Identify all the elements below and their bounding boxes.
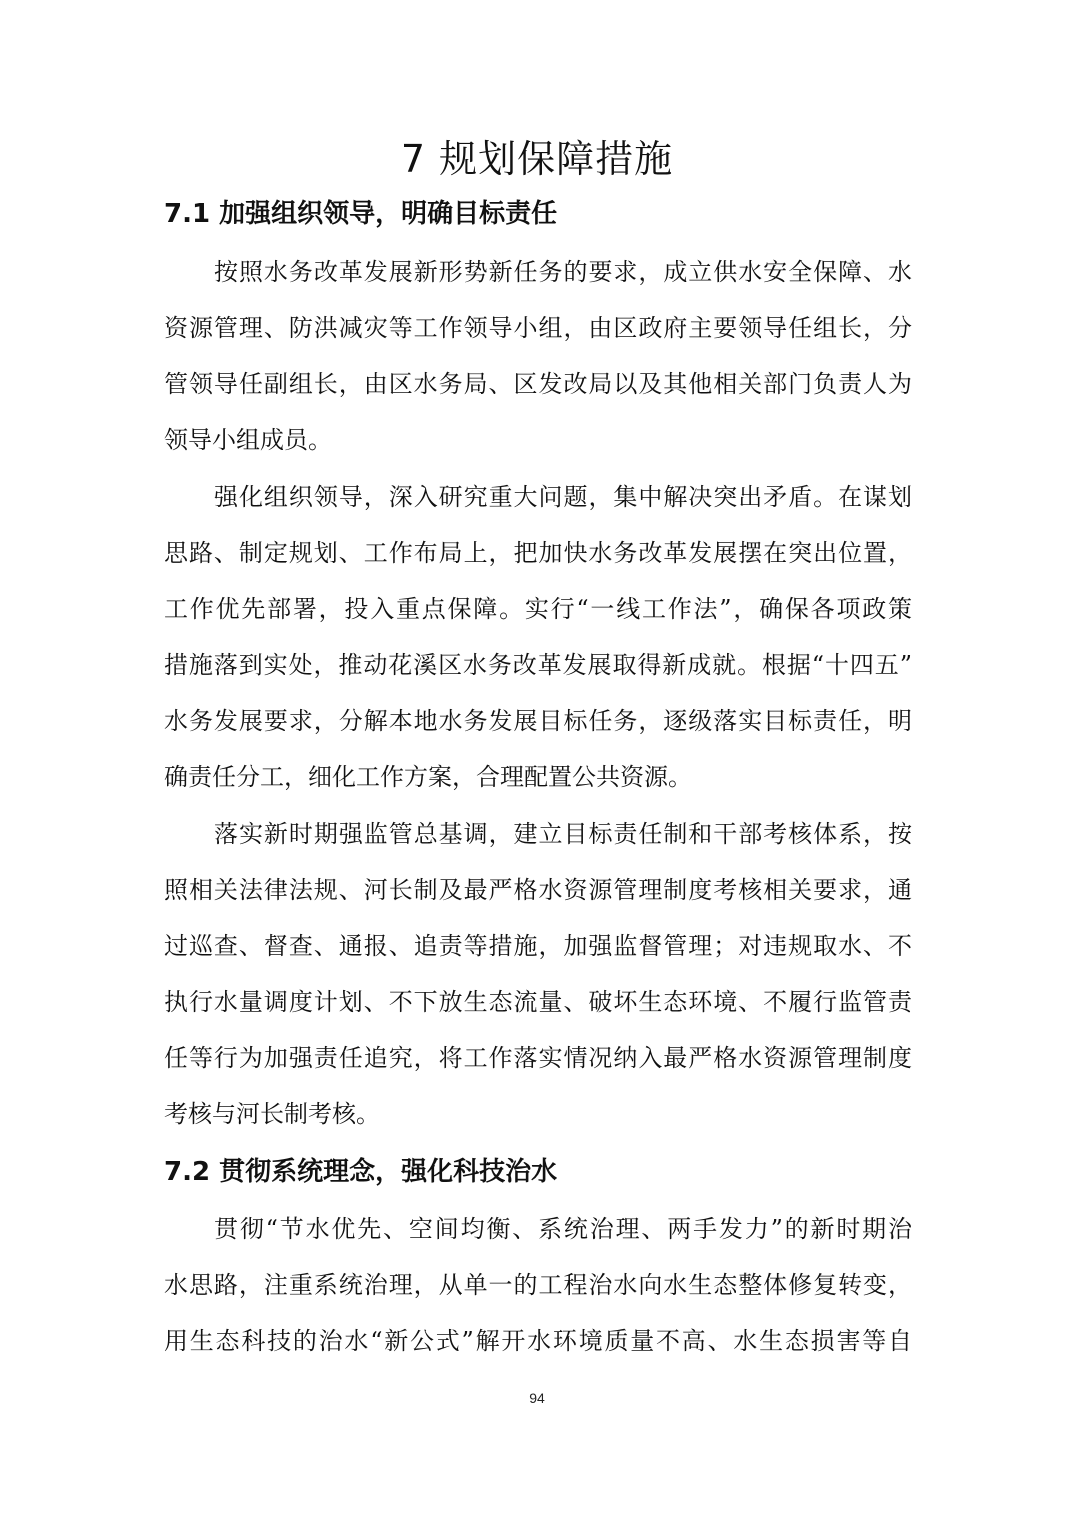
paragraph-line: 强化组织领导，深入研究重大问题，集中解决突出矛盾。在谋划 — [214, 481, 912, 513]
paragraph-line: 落实新时期强监管总基调，建立目标责任制和干部考核体系，按 — [214, 818, 912, 850]
section-title-7-1: 7.1 加强组织领导，明确目标责任 — [164, 196, 557, 232]
paragraph-line: 确责任分工，细化工作方案，合理配置公共资源。 — [164, 761, 912, 793]
paragraph-line: 思路、制定规划、工作布局上，把加快水务改革发展摆在突出位置， — [164, 537, 912, 569]
document-page: 7 规划保障措施 7.1 加强组织领导，明确目标责任 按照水务改革发展新形势新任… — [0, 0, 1074, 1520]
page-number: 94 — [0, 1390, 1074, 1406]
paragraph-line: 管领导任副组长，由区水务局、区发改局以及其他相关部门负责人为 — [164, 368, 912, 400]
paragraph-line: 照相关法律法规、河长制及最严格水资源管理制度考核相关要求，通 — [164, 874, 912, 906]
paragraph-line: 按照水务改革发展新形势新任务的要求，成立供水安全保障、水 — [214, 256, 912, 288]
section-title-7-2: 7.2 贯彻系统理念，强化科技治水 — [164, 1154, 557, 1190]
paragraph-line: 贯彻“节水优先、空间均衡、系统治理、两手发力”的新时期治 — [214, 1213, 912, 1245]
paragraph-line: 用生态科技的治水“新公式”解开水环境质量不高、水生态损害等自 — [164, 1325, 912, 1357]
paragraph-line: 执行水量调度计划、不下放生态流量、破坏生态环境、不履行监管责 — [164, 986, 912, 1018]
paragraph-line: 任等行为加强责任追究，将工作落实情况纳入最严格水资源管理制度 — [164, 1042, 912, 1074]
paragraph-line: 措施落到实处，推动花溪区水务改革发展取得新成就。根据“十四五” — [164, 649, 912, 681]
paragraph-line: 资源管理、防洪减灾等工作领导小组，由区政府主要领导任组长，分 — [164, 312, 912, 344]
paragraph-line: 工作优先部署，投入重点保障。实行“一线工作法”，确保各项政策 — [164, 593, 912, 625]
chapter-title: 7 规划保障措施 — [0, 134, 1074, 184]
paragraph-line: 水思路，注重系统治理，从单一的工程治水向水生态整体修复转变， — [164, 1269, 912, 1301]
paragraph-line: 领导小组成员。 — [164, 424, 912, 456]
paragraph-line: 水务发展要求，分解本地水务发展目标任务，逐级落实目标责任，明 — [164, 705, 912, 737]
paragraph-line: 考核与河长制考核。 — [164, 1098, 912, 1130]
paragraph-line: 过巡查、督查、通报、追责等措施，加强监督管理；对违规取水、不 — [164, 930, 912, 962]
